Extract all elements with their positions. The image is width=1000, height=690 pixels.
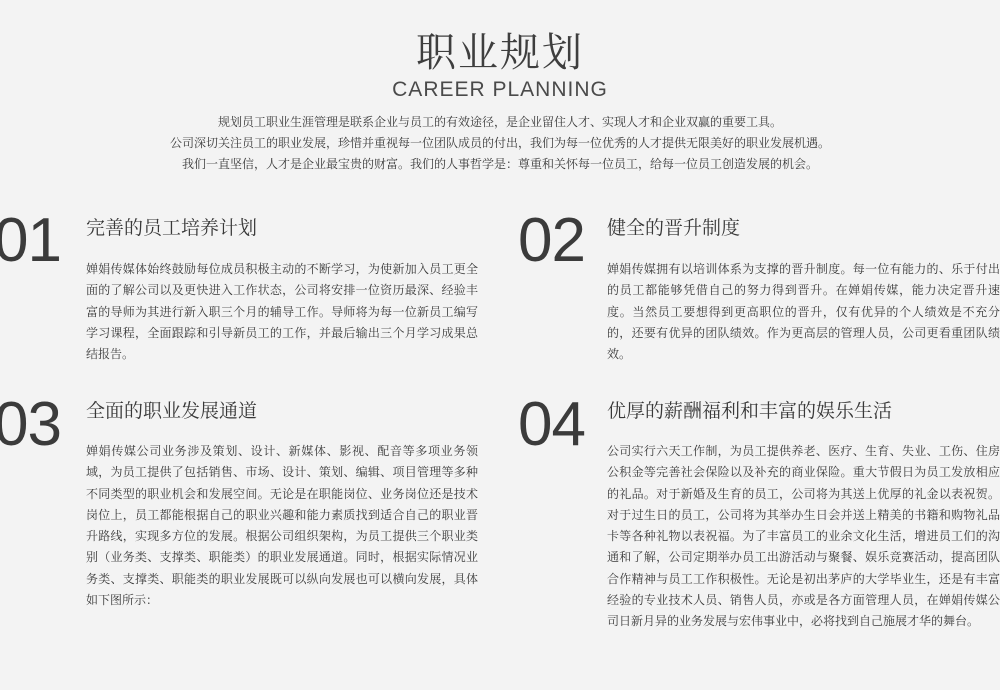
section-number: 04 — [518, 394, 585, 456]
intro-text: 规划员工职业生涯管理是联系企业与员工的有效途径，是企业留住人才、实现人才和企业双… — [0, 112, 1000, 175]
section-title: 优厚的薪酬福利和丰富的娱乐生活 — [607, 399, 892, 423]
page-header: 职业规划 CAREER PLANNING — [0, 30, 1000, 102]
section-number: 02 — [518, 210, 585, 272]
section-body: 婵娟传媒公司业务涉及策划、设计、新媒体、影视、配音等多项业务领域，为员工提供了包… — [86, 441, 478, 611]
intro-line: 我们一直坚信，人才是企业最宝贵的财富。我们的人事哲学是：尊重和关怀每一位员工，给… — [0, 154, 1000, 175]
section-title: 完善的员工培养计划 — [86, 216, 257, 240]
section-number: 01 — [0, 210, 61, 272]
intro-line: 规划员工职业生涯管理是联系企业与员工的有效途径，是企业留住人才、实现人才和企业双… — [0, 112, 1000, 133]
intro-line: 公司深切关注员工的职业发展，珍惜并重视每一位团队成员的付出，我们为每一位优秀的人… — [0, 133, 1000, 154]
section-title: 健全的晋升制度 — [607, 216, 740, 240]
page-title: 职业规划 — [0, 30, 1000, 76]
section-body: 婵娟传媒拥有以培训体系为支撑的晋升制度。每一位有能力的、乐于付出的员工都能够凭借… — [607, 259, 1000, 365]
section-body: 婵娟传媒体始终鼓励每位成员积极主动的不断学习，为使新加入员工更全面的了解公司以及… — [86, 259, 478, 365]
section-number: 03 — [0, 394, 61, 456]
page-subtitle: CAREER PLANNING — [0, 78, 1000, 102]
section-body: 公司实行六天工作制，为员工提供养老、医疗、生育、失业、工伤、住房公积金等完善社会… — [607, 441, 1000, 633]
section-title: 全面的职业发展通道 — [86, 399, 257, 423]
